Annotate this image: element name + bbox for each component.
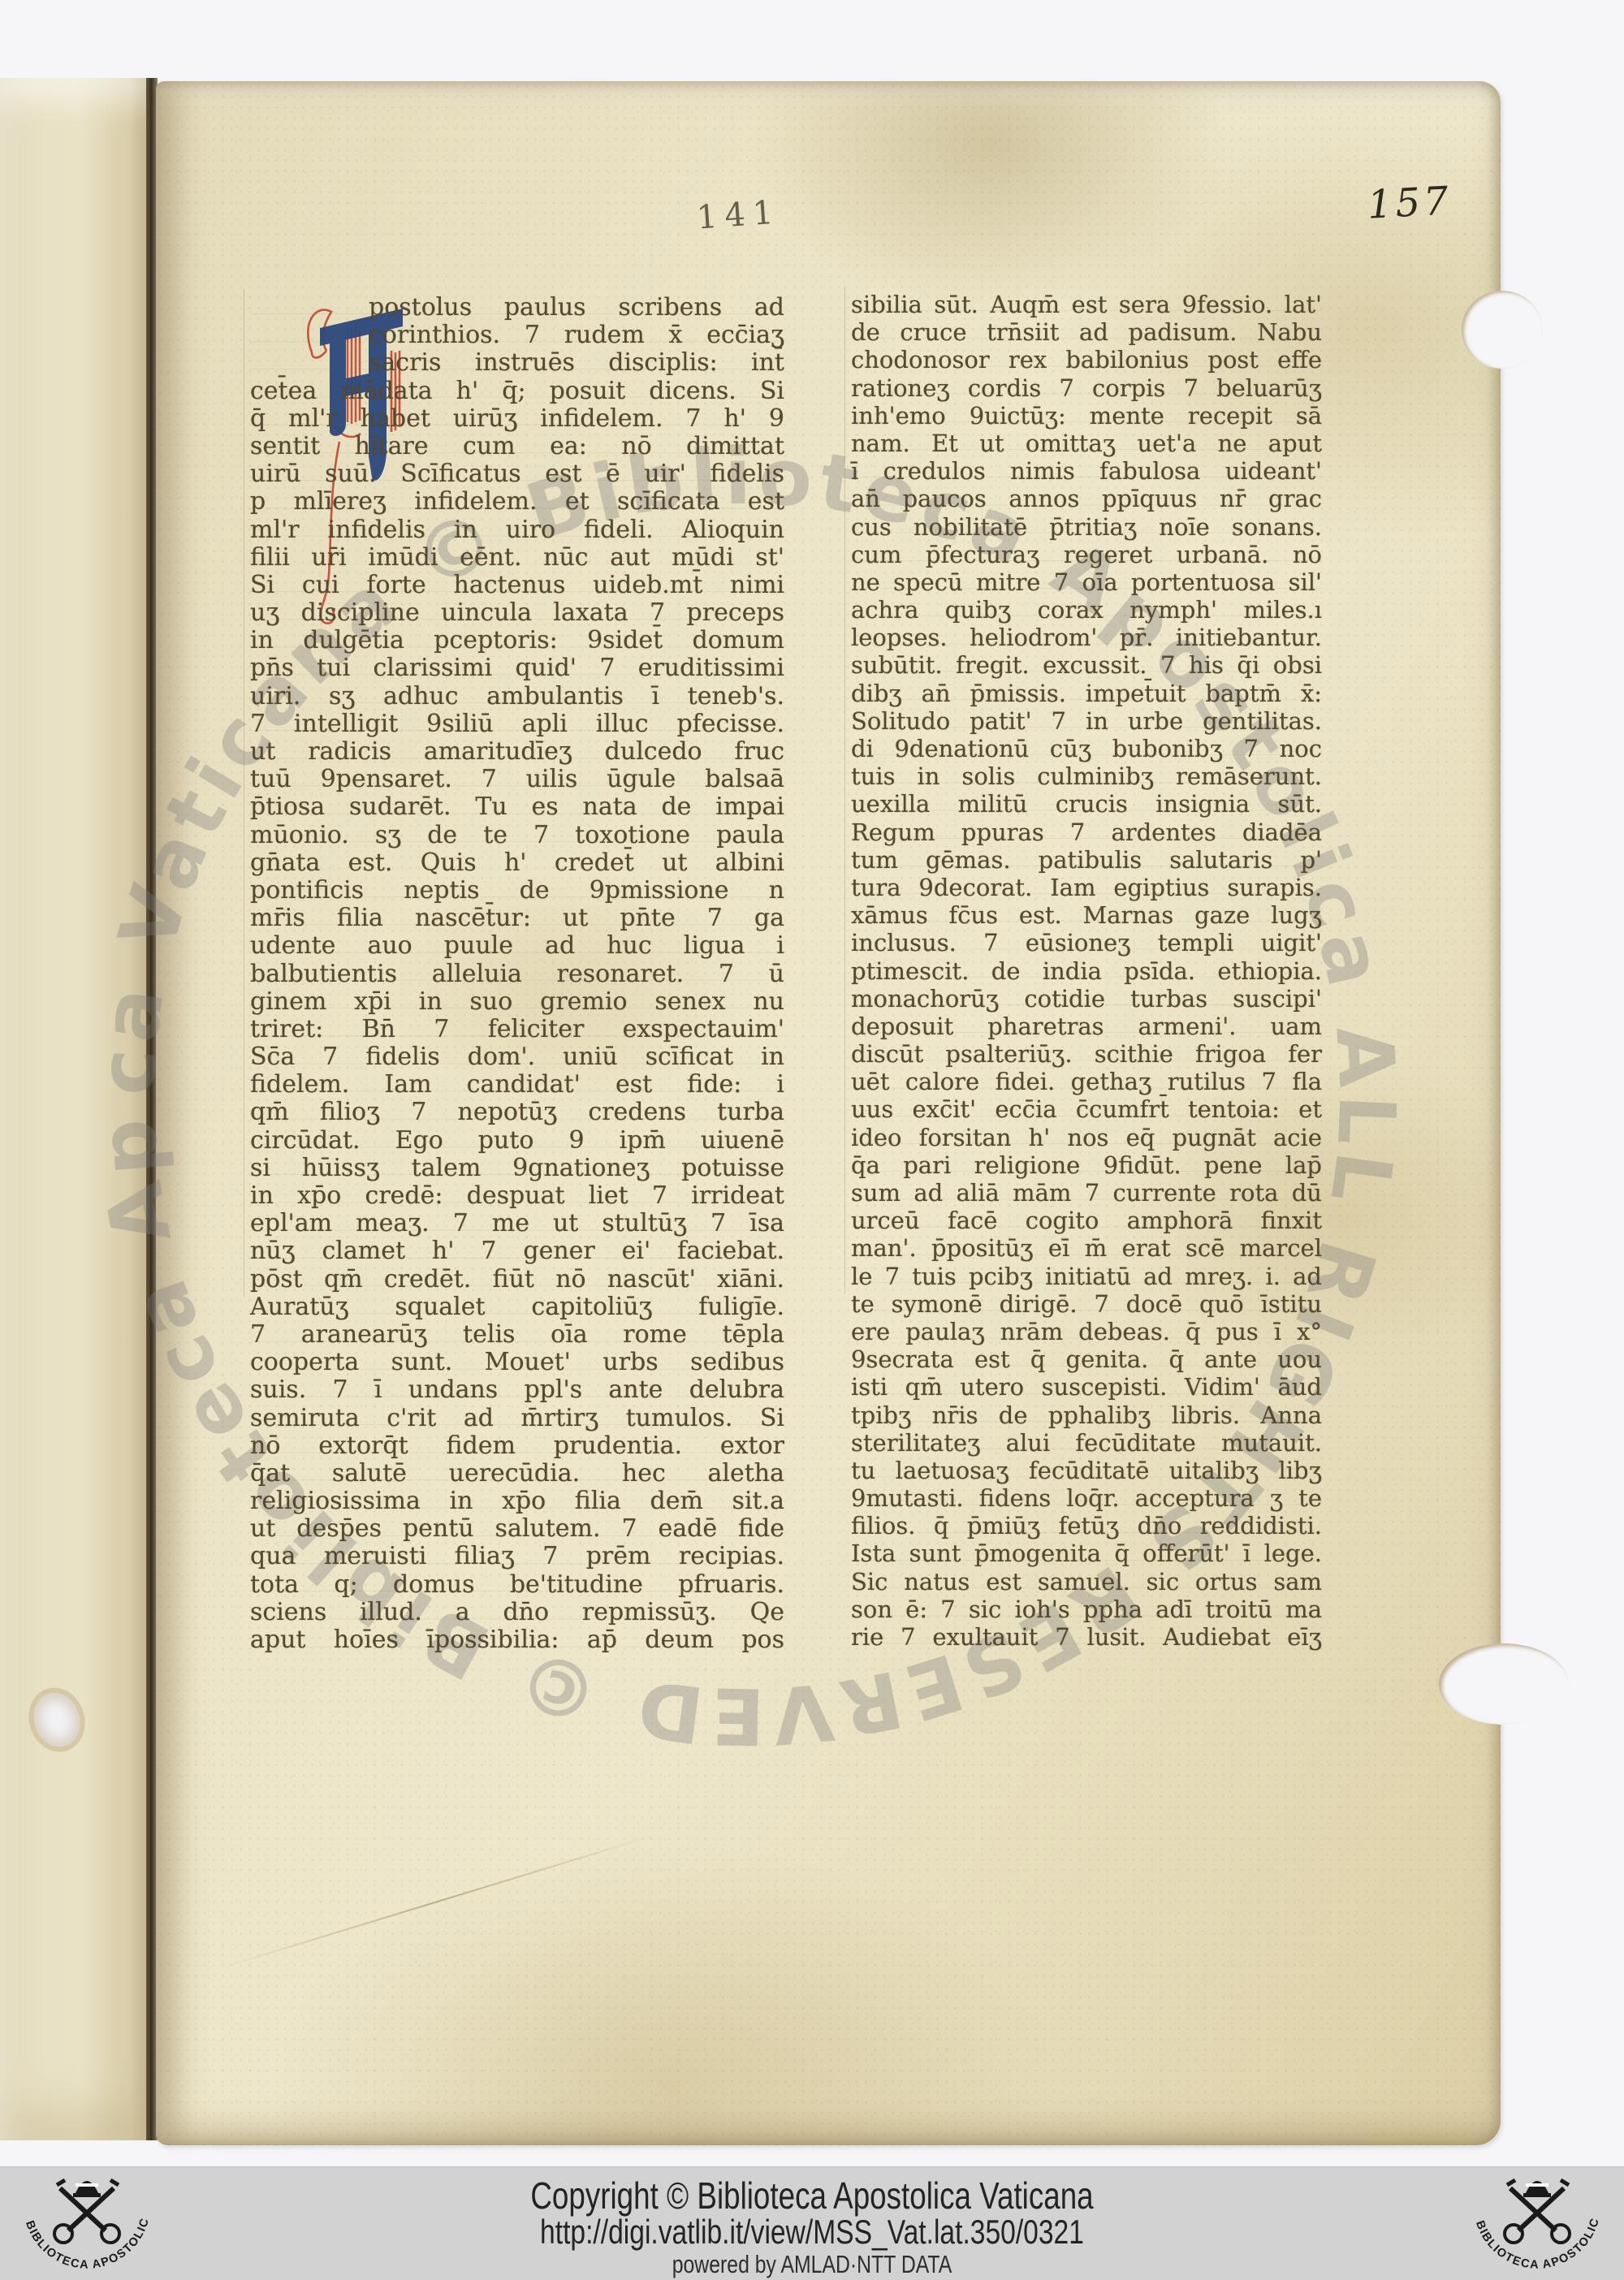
manuscript-text-line: isti qm̄ utero suscepisti. Vidim' āud: [851, 1373, 1322, 1401]
manuscript-text-line: balbutientis alleluia resonaret. 7 ū: [250, 961, 784, 988]
manuscript-text-line: nam. Et ut omittaʒ uet'a ne aput: [851, 430, 1322, 457]
manuscript-text-line: sacris instruēs disciplis: int̄: [369, 349, 784, 377]
manuscript-text-line: uʒ discipline uincula laxata 7 preceps: [250, 599, 784, 627]
parchment-edge-notch-top: [1462, 291, 1543, 369]
manuscript-text-line: p mlīereʒ infidelem. et scīficata est: [250, 488, 784, 516]
manuscript-text-line: discūt psalteriūʒ. scithie frigoa fer: [851, 1040, 1322, 1068]
manuscript-text-line: uexilla militū crucis insignia sūt.: [851, 790, 1322, 818]
manuscript-text-line: uiri. sʒ adhuc ambulantis ī teneb's.: [250, 683, 784, 710]
manuscript-text-line: uus exc̄it' ecc̄ia c̄cumfrt̄ tentoia: et: [851, 1095, 1322, 1123]
manuscript-text-line: monachorūʒ cotidie turbas suscipi': [851, 985, 1322, 1013]
manuscript-text-line: circūdat. Ego puto 9 ipm̄ uiuenē: [250, 1127, 784, 1155]
manuscript-text-line: qm̄ filioʒ 7 nepotūʒ credens turba: [250, 1099, 784, 1126]
manuscript-text-line: qua meruisti filiaʒ 7 prēm recipias.: [250, 1543, 784, 1570]
footer-manuscript-url: http://digi.vatlib.it/view/MSS_Vat.lat.3…: [162, 2213, 1462, 2252]
manuscript-text-line: 7 intelligit 9siliū apli illuc pfecisse.: [250, 710, 784, 738]
manuscript-text-line: chodonosor rex babilonius post effe: [851, 346, 1322, 374]
manuscript-text-line: corinthios. 7 rudem x̄ ecc̄iaʒ: [369, 322, 784, 349]
manuscript-text-line: in xp̄o credē: despuat liet 7 irrideat: [250, 1182, 784, 1210]
manuscript-text-line: xāmus fc̄us est. Marnas gaze lugʒ: [851, 901, 1322, 929]
manuscript-text-line: semiruta c'rit ad m̄rtirʒ tumulos. Si: [250, 1405, 784, 1432]
vatican-library-logo-left: BIBLIOTECA APOSTOLICA VATICANA: [10, 2170, 164, 2278]
manuscript-text-line: mūonio. sʒ de te 7 toxotione paula: [250, 822, 784, 849]
manuscript-text-line: man'. p̄positūʒ eī m̄ erat scē marcel: [851, 1234, 1322, 1262]
manuscript-text-line: si hūissʒ talem 9gnationeʒ potuisse: [250, 1155, 784, 1182]
manuscript-text-line: Ista sunt p̄mogenita q̄ offerūt' ī lege.: [851, 1539, 1322, 1567]
manuscript-text-line: cum p̄fecturaʒ regeret urbanā. nō: [851, 541, 1322, 568]
manuscript-text-line: pontificis neptis de 9pmissione n: [250, 877, 784, 905]
manuscript-text-line: sentit hītare cum ea: nō dimittat: [250, 433, 784, 460]
manuscript-text-line: pn̄s tui clarissimi quid' 7 eruditissimi: [250, 654, 784, 682]
manuscript-text-line: tota q; domus be'titudine pfruaris.: [250, 1571, 784, 1599]
manuscript-text-line: ut radicis amaritudīeʒ dulcedo fruc: [250, 738, 784, 766]
manuscript-text-line: rie 7 exultauit 7 lusit. Audiebat eīʒ: [851, 1623, 1322, 1651]
manuscript-text-line: 9mutasti. fidens loq̄r. acceptura ʒ te: [851, 1484, 1322, 1512]
papal-tiara-icon: [73, 2181, 101, 2197]
manuscript-text-line: sciens illud. a dn̄o repmissūʒ. Qe: [250, 1599, 784, 1626]
footer-copyright-text: Copyright © Biblioteca Apostolica Vatica…: [162, 2174, 1462, 2217]
manuscript-text-line: tu laetuosaʒ fecūditatē uitalibʒ libʒ: [851, 1457, 1322, 1484]
manuscript-text-line: postolus paulus scribens ad: [369, 294, 784, 322]
manuscript-text-line: urceū facē cogito amphorā finxit: [851, 1207, 1322, 1234]
folio-number-right: 157: [1367, 178, 1453, 227]
manuscript-text-line: rationeʒ cordis 7 corpis 7 beluarūʒ: [851, 374, 1322, 402]
manuscript-text-line: ml'r infidelis in uiro fideli. Alioquin: [250, 516, 784, 544]
manuscript-text-line: nō extorq̄t fidem prudentia. extor: [250, 1432, 784, 1460]
manuscript-text-line: achra quibʒ corax nymph' miles.ı: [851, 596, 1322, 624]
manuscript-text-line: an̄ paucos annos ppīquus nr̄ grac: [851, 485, 1322, 512]
manuscript-text-line: ginem xp̄i in suo gremio senex nu: [250, 988, 784, 1016]
manuscript-text-line: ere paulaʒ nrām debeas. q̄ pus ī x°: [851, 1318, 1322, 1345]
manuscript-text-line: te symonē dirigē. 7 docē quō īstitu: [851, 1290, 1322, 1318]
copyright-footer: Copyright © Biblioteca Apostolica Vatica…: [0, 2166, 1624, 2280]
manuscript-text-line: inh'emo 9uictūʒ: mente recepit sā: [851, 402, 1322, 430]
manuscript-text-line: leopses. heliodrom' pr̄. initiebantur.: [851, 624, 1322, 651]
manuscript-text-line: ideo forsitan h' nos eq̄ pugnāt acie: [851, 1124, 1322, 1151]
manuscript-text-line: filios. q̄ p̄miūʒ fetūʒ dn̄o reddidisti.: [851, 1512, 1322, 1539]
manuscript-text-line: sterilitateʒ alui fecūditate mutauit.: [851, 1429, 1322, 1457]
manuscript-text-line: di 9denationū cūʒ bubonibʒ 7 noc: [851, 735, 1322, 762]
manuscript-text-line: tuis in solis culminibʒ remāserunt.: [851, 762, 1322, 790]
manuscript-text-line: tura 9decorat. Iam egiptius surapis.: [851, 874, 1322, 901]
manuscript-text-line: cus nobilitatē p̄tritiaʒ noīe sonans.: [851, 513, 1322, 541]
manuscript-text-line: nūʒ clamet h' 7 gener ei' faciebat.: [250, 1237, 784, 1265]
manuscript-text-line: Regum ppuras 7 ardentes diadēa: [851, 818, 1322, 846]
manuscript-text-line: suis. 7 ī undans ppl's ante delubra: [250, 1376, 784, 1404]
manuscript-text-line: udente auo puule ad huc ligua i: [250, 932, 784, 960]
manuscript-text-line: p̄tiosa sudarēt. Tu es nata de impai: [250, 793, 784, 821]
manuscript-text-line: uirū suū. Scīficatus est ē uir' fidelis: [250, 460, 784, 488]
manuscript-text-line: Sic natus est samuel. sic ortus sam: [851, 1568, 1322, 1596]
manuscript-text-line: in dulgētia pceptoris: 9sidet̄ domum: [250, 627, 784, 654]
manuscript-text-line: sibilia sūt. Auqm̄ est sera 9fessio. lat…: [851, 291, 1322, 318]
manuscript-text-line: le 7 tuis pcibʒ initiatū ad mreʒ. i. ad: [851, 1263, 1322, 1290]
vatican-library-logo-right: BIBLIOTECA APOSTOLICA VATICANA: [1460, 2170, 1614, 2278]
manuscript-text-line: filii ur̄i imūdi eēnt. nūc aut mūdi st': [250, 544, 784, 572]
manuscript-scan-viewer: ca Vaticana © Biblioteca Apostolica ALL …: [0, 0, 1624, 2280]
manuscript-text-line: sum ad aliā mām 7 currente rota dū: [851, 1179, 1322, 1207]
manuscript-text-line: uēt calore fidei. gethaʒ rutilus 7 fla: [851, 1068, 1322, 1095]
manuscript-text-line: subūtit. fregit. excussit. 7 his q̄i obs…: [851, 651, 1322, 679]
manuscript-text-line: Si cui forte hactenus uideb.mt̄ nimi: [250, 572, 784, 599]
manuscript-text-line: 7 aranearūʒ telis oīa rome tēpla: [250, 1321, 784, 1349]
manuscript-text-line: ne specū mitre 7 oīa portentuosa sil': [851, 568, 1322, 596]
papal-tiara-icon: [1523, 2181, 1551, 2197]
manuscript-text-line: ut desp̄es pentū salutem. 7 eadē fide: [250, 1515, 784, 1543]
footer-powered-by: powered by AMLAD·NTT DATA: [162, 2250, 1462, 2279]
manuscript-text-line: dibʒ an̄ p̄missis. impet̄uit baptm̄ x̄:: [851, 680, 1322, 707]
manuscript-text-line: q̄ ml'r habet uirūʒ infidelem. 7 h' 9: [250, 405, 784, 433]
manuscript-text-line: Sc̄a 7 fidelis dom'. uniū scīficat in: [250, 1043, 784, 1071]
manuscript-text-line: 9secrata est q̄ genita. q̄ ante uou: [851, 1345, 1322, 1373]
folio-number-center: 141: [696, 193, 782, 236]
manuscript-text-line: q̄at salutē uerecūdia. hec aletha: [250, 1460, 784, 1488]
parchment-edge-notch-bottom: [1439, 1643, 1569, 1725]
manuscript-text-line: religiosissima in xp̄o filia dem̄ sit.a: [250, 1488, 784, 1515]
parchment-crease: [222, 1833, 658, 1968]
manuscript-text-line: fidelem. Iam candidat' est fide: i: [250, 1071, 784, 1099]
manuscript-text-line: gn̄ata est. Quis h' credet̄ ut albini: [250, 849, 784, 877]
manuscript-text-line: aput hoīes īpossibilia: ap̄ deum pos: [250, 1626, 784, 1654]
manuscript-text-line: tuū 9pensaret. 7 uilis ūgule balsaā: [250, 766, 784, 793]
manuscript-text-line: ī credulos nimis fabulosa uideant': [851, 457, 1322, 485]
manuscript-text-line: deposuit pharetras armeni'. uam: [851, 1013, 1322, 1040]
manuscript-text-line: cooperta sunt. Mouet' urbs sedibus: [250, 1349, 784, 1376]
manuscript-text-line: son ē: 7 sic ioh's ppha adī troitū ma: [851, 1596, 1322, 1623]
manuscript-text-line: ptimescit. de india psīda. ethiopia.: [851, 957, 1322, 985]
manuscript-text-line: tum gēmas. patibulis salutaris p': [851, 846, 1322, 874]
text-column-left: postolus paulus scribens adcorinthios. 7…: [250, 294, 784, 1654]
manuscript-text-line: triret: Bn̄ 7 feliciter exspectauim': [250, 1016, 784, 1043]
manuscript-text-line: cet̄ea mādata h' q̄; posuit dicens. Si: [250, 378, 784, 405]
manuscript-text-line: pōst qm̄ credēt. fiūt nō nascūt' xiāni.: [250, 1266, 784, 1293]
text-column-right: sibilia sūt. Auqm̄ est sera 9fessio. lat…: [851, 291, 1322, 1651]
manuscript-text-line: de cruce trn̄siit ad padisum. Nabu: [851, 318, 1322, 346]
manuscript-text-line: Auratūʒ squalet capitoliūʒ fuligīe.: [250, 1293, 784, 1321]
facing-page-edge: [0, 78, 148, 2140]
book-photograph: ca Vaticana © Biblioteca Apostolica ALL …: [0, 0, 1624, 2166]
manuscript-text-line: mr̄is filia nascēt̄ur: ut pn̄te 7 ga: [250, 905, 784, 932]
manuscript-text-line: inclusus. 7 eūsioneʒ templi uigit': [851, 929, 1322, 956]
manuscript-text-line: epl'am meaʒ. 7 me ut stultūʒ 7 īsa: [250, 1210, 784, 1237]
parchment-hole: [27, 1686, 87, 1753]
manuscript-text-line: Solitudo patit' 7 in urbe gentilitas.: [851, 707, 1322, 735]
manuscript-text-line: tpibʒ nr̄is de pphalibʒ libris. Anna: [851, 1401, 1322, 1429]
manuscript-text-line: q̄a pari religione 9fidūt. pene lap̄: [851, 1151, 1322, 1179]
